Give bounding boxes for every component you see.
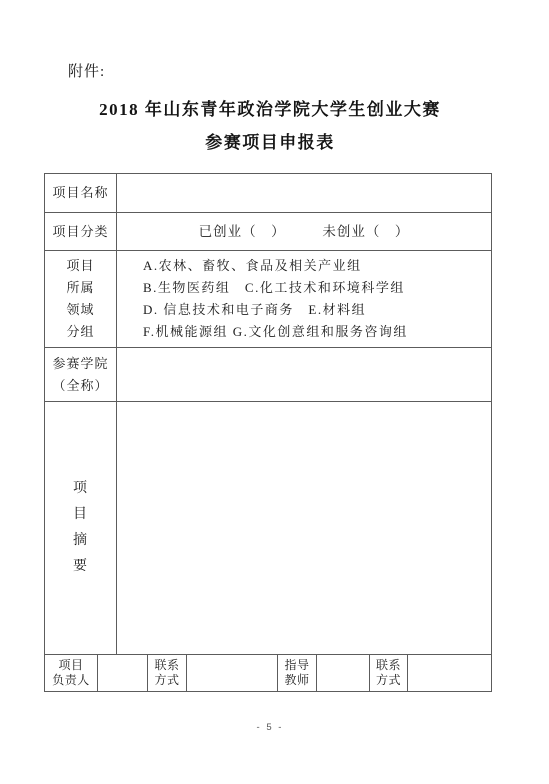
project-field-options[interactable]: A.农林、畜牧、食品及相关产业组 B.生物医药组 C.化工技术和环境科学组 D.… — [117, 251, 491, 348]
field-option-line: D. 信息技术和电子商务 E.材料组 — [143, 299, 366, 321]
field-option-line: A.农林、畜牧、食品及相关产业组 — [143, 255, 362, 277]
project-category-label: 项目分类 — [45, 213, 117, 251]
summary-field[interactable] — [117, 402, 491, 655]
project-category-value[interactable]: 已创业（ ） 未创业（ ） — [117, 213, 491, 251]
leader-contact-field[interactable] — [187, 655, 278, 691]
college-label: 参赛学院 （全称） — [45, 348, 117, 402]
advisor-contact-field[interactable] — [408, 655, 491, 691]
page-number: - 5 - — [0, 722, 540, 733]
advisor-field[interactable] — [317, 655, 370, 691]
application-form-table: 项目名称 项目分类 已创业（ ） 未创业（ ） 项目 所属 领域 分组 A.农林… — [44, 173, 492, 692]
advisor-contact-label: 联系 方式 — [370, 655, 408, 691]
summary-label: 项 目 摘 要 — [45, 402, 117, 655]
attachment-label: 附件: — [68, 60, 105, 81]
advisor-label: 指导 教师 — [278, 655, 317, 691]
form-title: 2018 年山东青年政治学院大学生创业大赛 — [0, 95, 540, 120]
form-subtitle: 参赛项目申报表 — [0, 128, 540, 153]
project-name-field[interactable] — [117, 174, 491, 213]
field-option-line: F.机械能源组 G.文化创意组和服务咨询组 — [143, 321, 408, 343]
project-name-label: 项目名称 — [45, 174, 117, 213]
college-field[interactable] — [117, 348, 491, 402]
leader-contact-label: 联系 方式 — [148, 655, 187, 691]
project-field-label: 项目 所属 领域 分组 — [45, 251, 117, 348]
project-leader-field[interactable] — [98, 655, 148, 691]
field-option-line: B.生物医药组 C.化工技术和环境科学组 — [143, 277, 405, 299]
project-leader-label: 项目 负责人 — [45, 655, 98, 691]
